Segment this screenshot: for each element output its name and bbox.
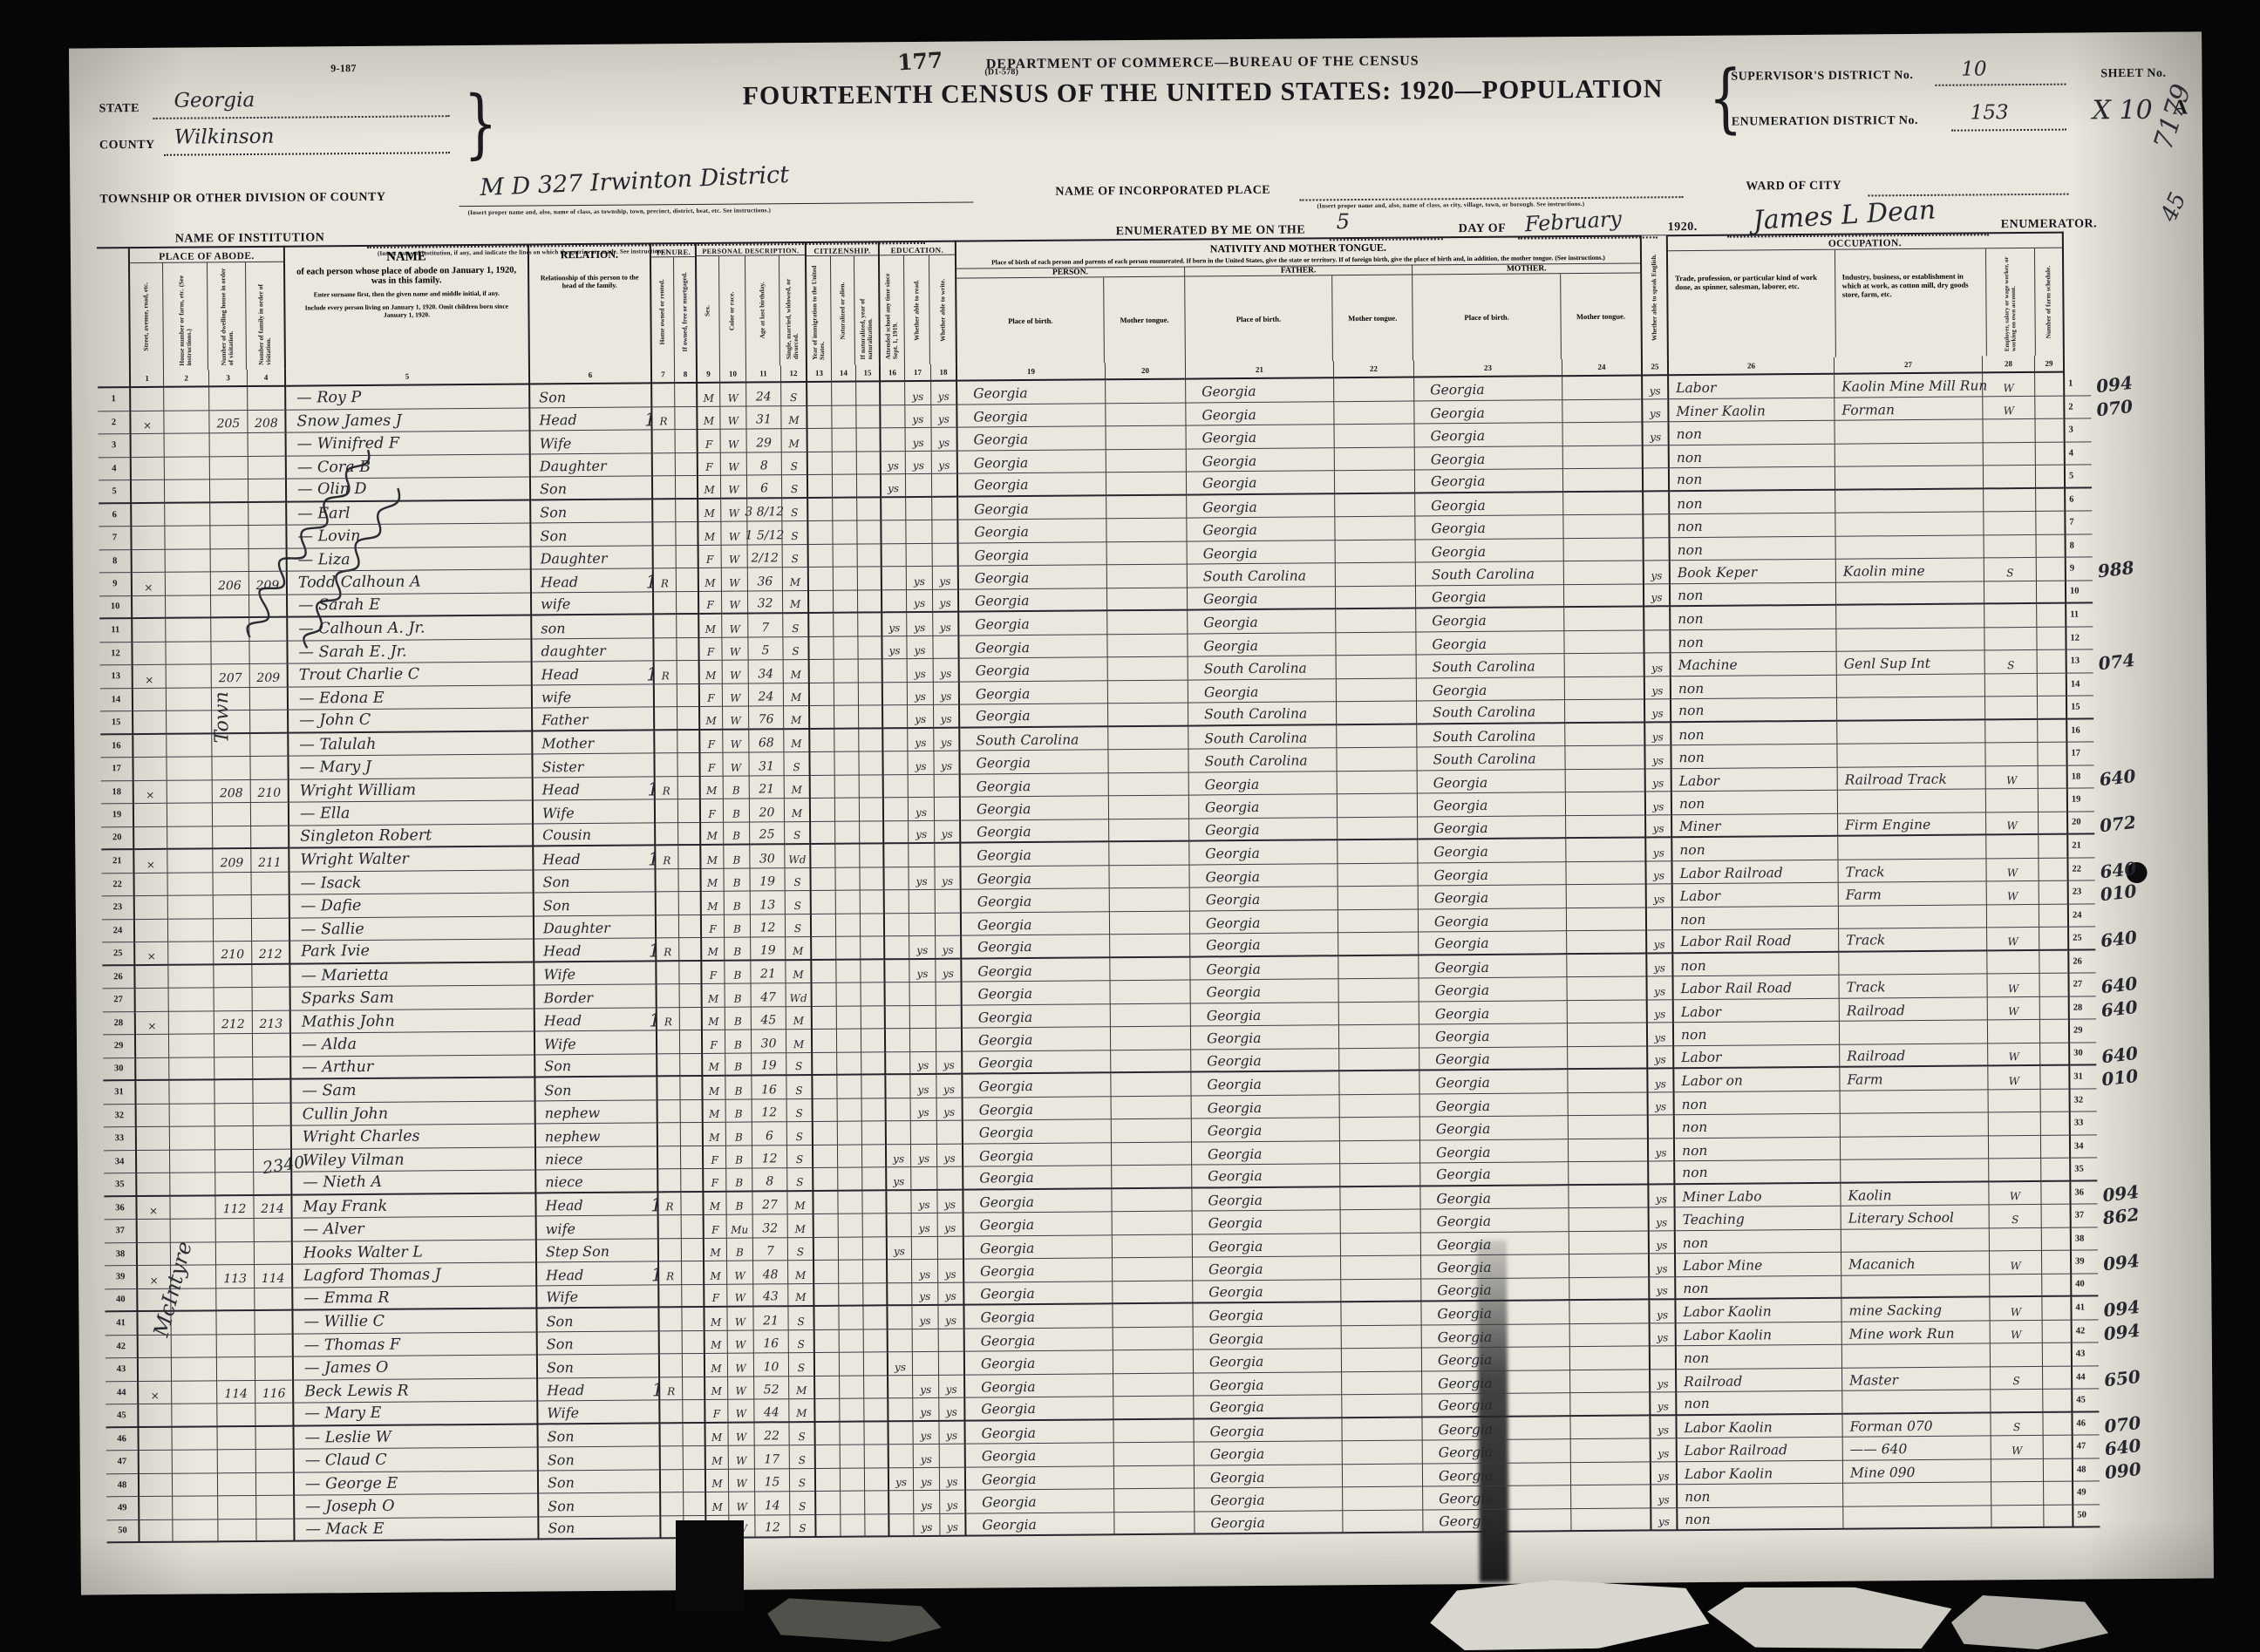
film-edge-left [0,0,77,1652]
cell-mk: × [137,1196,170,1220]
cell-own [661,1470,684,1493]
cell-c14 [834,706,859,730]
cell-c15 [861,1075,886,1098]
cell-fm8 [676,452,698,476]
cell-occ: non [1673,952,1839,976]
cell-mtm [1566,792,1646,815]
column-number: 7 [652,366,675,384]
cell-emp [1984,581,2037,604]
cell-dw [212,734,250,758]
cell-c14 [841,1468,865,1492]
cell-age: 19 [750,868,785,892]
cell-rn: 1 [2065,372,2091,396]
cell-dw [218,1496,256,1519]
cell-ind: Forman [1835,397,1983,421]
cell-occ: Teaching [1676,1207,1841,1231]
cell-pobf: Georgia [1195,1487,1343,1512]
cell-sex: F [702,914,725,938]
cell-writ [935,798,961,821]
cell-mt [1107,634,1188,657]
cell-ind [1841,1275,1990,1299]
cell-age: 32 [753,1214,788,1238]
cell-pob: Georgia [958,519,1106,543]
cell-mtf [1343,1440,1423,1464]
cell-mt [1108,750,1188,773]
cell-pobm: Georgia [1418,862,1566,887]
cell-occ: non [1675,1114,1841,1139]
cell-pobm: Georgia [1414,400,1562,425]
cell-emp [1989,1089,2041,1112]
cell-mk [136,989,169,1012]
cell-pobm: Georgia [1423,1439,1571,1464]
cell-ind [1835,443,1984,467]
cell-col: W [721,522,747,546]
cell-dw [214,1057,253,1081]
cell-mt [1111,981,1191,1004]
cell-mtm [1562,376,1643,399]
cell-writ: ys [936,936,962,960]
column-number: 19 [957,363,1106,381]
cell-dw [218,1450,256,1473]
cell-pob: Georgia [959,635,1107,659]
cell-ln: 12 [99,642,133,666]
cell-rel: Wife [538,1400,660,1424]
day-of-label: DAY OF [1459,222,1507,236]
cell-occ: Labor [1674,998,1840,1023]
cell-writ [936,890,962,914]
cell-pob: Georgia [964,1258,1113,1282]
cell-pobf: Georgia [1190,910,1338,935]
cell-emp: W [1986,858,2039,881]
cell-pob: Georgia [963,1027,1111,1051]
cell-c13 [810,752,834,776]
cell-occ: non [1676,1229,1841,1254]
cell-writ: ys [933,589,959,613]
cell-occ: Labor Kaolin [1677,1322,1842,1346]
cell-sex: M [699,615,722,638]
cell-mtf [1338,955,1419,979]
cell-mtf [1334,401,1414,425]
cell-rel: Son [535,1077,657,1101]
cell-occ: non [1671,582,1836,607]
cell-dw [216,1288,255,1312]
cell-mtm [1569,1231,1650,1254]
cell-mk [136,1035,169,1058]
cell-sex: M [701,822,724,846]
cell-sex: M [703,1007,725,1030]
cell-frm [2039,858,2068,881]
cell-c15 [857,498,882,521]
cell-name: Singleton Robert [289,824,534,849]
cell-writ: ys [936,1051,963,1075]
census-scan-page: { "header": { "form_no": "9-187", "stamp… [0,0,2260,1652]
cell-fm8 [678,822,701,846]
cell-mtm [1569,1254,1650,1277]
cell-sex: M [705,1261,727,1285]
cell-sch: ys [887,1167,911,1191]
cell-sch [889,1445,914,1468]
cell-read: ys [907,567,933,590]
cell-name: — Calhoun A. Jr. [288,615,532,641]
cell-mar: M [786,1030,813,1053]
cell-name: Wright Charles [292,1124,536,1149]
cell-frm [2043,1390,2073,1413]
cell-name: — Sarah E. Jr. [288,639,532,664]
cell-hn [167,688,212,711]
cell-c13 [808,521,833,545]
cell-fm8 [682,1308,705,1331]
cell-dw [216,1219,255,1242]
cell-mtf [1340,1140,1420,1164]
cell-fm8 [681,1169,704,1193]
cell-ind [1839,905,1987,929]
cell-sex: M [705,1238,727,1261]
cell-mk [137,1104,170,1127]
cell-c15 [865,1514,889,1538]
cell-c14 [837,983,861,1007]
cell-name: — Roy P [286,384,530,410]
cell-ind: Genl Sup Int [1837,650,1985,675]
cell-age: 27 [752,1192,787,1215]
cell-dw [210,479,248,503]
cell-rel: wife [532,592,654,616]
cell-mar: S [788,1237,814,1261]
cell-pobm: Georgia [1420,1093,1569,1118]
cell-c15 [861,890,885,914]
group-name: NAME of each person whose place of abode… [285,243,530,369]
cell-c15 [864,1352,888,1376]
cell-frm [2038,673,2067,697]
cell-hn [164,387,209,411]
cell-mar: M [785,775,811,799]
cell-own [658,1100,681,1124]
cell-frm [2040,1066,2070,1090]
cell-name: — Mary J [289,754,533,779]
cell-hn [166,618,211,642]
cell-rn: 41 [2072,1296,2098,1320]
cell-ind: Railroad [1840,997,1988,1022]
margin-scribble-top: 7179 [2148,81,2197,153]
cell-sch [888,1260,912,1283]
cell-fm [253,1034,291,1057]
cell-ind: Track [1839,928,1987,952]
cell-pob: Georgia [959,565,1107,589]
cell-dw [211,595,249,619]
cell-frm [2041,1089,2071,1112]
cell-ind [1843,1506,1991,1530]
cell-rel: daughter [532,638,654,663]
cell-c13 [813,1168,838,1192]
cell-mk [133,642,166,665]
cell-pobf: Georgia [1195,1441,1343,1465]
cell-rel: nephew [536,1123,658,1147]
cell-sch [882,567,907,590]
column-number: 20 [1106,363,1186,381]
cell-emp: W [1989,1181,2041,1205]
cell-hn [170,1126,215,1150]
cell-writ [936,982,963,1006]
cell-mtf [1342,1325,1422,1349]
cell-mar: M [784,729,810,752]
cell-mar: S [782,498,808,521]
cell-spk: ys [1650,1277,1676,1301]
cell-read: ys [908,705,934,729]
cell-sex: M [699,568,722,592]
cell-fm8 [677,591,699,615]
cell-rel: Son [539,1516,661,1540]
cell-ind: Railroad Track [1838,766,1986,791]
cell-sex: F [698,430,721,453]
cell-sch: ys [882,636,907,660]
cell-spk: ys [1651,1462,1678,1485]
cell-age: 8 [747,452,782,476]
cell-dw [212,688,250,711]
cell-c13 [815,1376,840,1399]
cell-writ [940,1445,966,1468]
cell-occ: Labor Railroad [1678,1438,1843,1462]
cell-mk: × [134,850,167,874]
cell-hn [166,549,211,573]
cell-sch [884,775,909,799]
cell-ln: 48 [106,1474,140,1498]
cell-c13 [815,1399,840,1423]
cell-c14 [836,937,861,961]
cell-ind [1838,789,1986,813]
cell-hn [172,1381,217,1404]
enumerated-month: February [1524,207,1623,237]
cell-ln: 25 [102,942,135,966]
cell-pob: Georgia [957,380,1106,405]
enumerator-signature: James L Dean [1753,194,1937,236]
cell-col: B [724,846,750,869]
cell-c13 [808,475,833,499]
cell-ind [1837,743,1985,767]
cell-sch [887,1191,911,1214]
cell-dw [209,387,248,411]
cell-hn [173,1450,218,1473]
cell-read: ys [910,1075,936,1098]
cell-pob: Georgia [962,958,1110,982]
cell-ind: Mine work Run [1842,1321,1991,1345]
cell-c13 [814,1307,839,1330]
cell-fm: 214 [254,1195,292,1219]
cell-own [656,823,678,846]
cell-emp [1989,1159,2041,1182]
cell-rn: 10 [2066,581,2093,604]
cell-fm [251,803,289,826]
cell-writ: ys [937,1190,963,1214]
cell-mt [1107,588,1188,611]
cell-rel: Head1 [533,661,655,685]
cell-sch: ys [887,1145,911,1168]
cell-ln: 9 [99,573,133,596]
cell-sch [882,590,907,614]
cell-rn: 43 [2073,1343,2099,1366]
cell-rel: Head1 [538,1377,660,1402]
cell-mar: S [789,1329,815,1353]
cell-c15 [859,659,883,683]
cell-c13 [807,383,832,406]
cell-writ: ys [934,682,960,705]
cell-fm [255,1357,294,1381]
cell-pobf: Georgia [1188,587,1336,611]
cell-mtf [1341,1209,1421,1233]
cell-c15 [864,1422,888,1445]
cell-sch: ys [888,1352,913,1376]
cell-c13 [811,821,835,845]
cell-read: ys [907,613,933,636]
cell-pob: Georgia [961,866,1109,890]
cell-mtf [1340,1163,1420,1186]
cell-name: Wiley Vilman [292,1147,536,1173]
cell-mtf [1335,425,1415,448]
column-number: 11 [746,365,781,383]
cell-col: W [722,545,748,568]
cell-mar: S [789,1353,815,1377]
cell-mtf [1335,517,1415,540]
cell-read [906,474,932,498]
cell-pobm: Georgia [1421,1232,1569,1256]
cell-frm [2044,1482,2073,1506]
cell-mar: S [790,1445,816,1469]
cell-dw [212,757,250,780]
cell-occ: Labor [1673,883,1839,908]
cell-sex: M [705,1377,728,1400]
cell-spk: ys [1646,792,1672,815]
cell-occ: non [1675,1091,1841,1115]
cell-name: Trout Charlie C [289,662,533,687]
cell-spk: ys [1643,422,1669,445]
cell-own [655,731,677,754]
cell-ln: 20 [101,827,134,851]
cell-mar: S [790,1492,816,1515]
cell-frm [2037,534,2066,558]
cell-rel: Cousin [534,823,656,847]
cell-name: — John C [289,708,533,733]
cell-emp: W [1988,996,2040,1020]
cell-sex: F [702,961,725,984]
cell-c13 [807,405,832,429]
cell-frm [2039,881,2069,905]
cell-age: 22 [754,1423,789,1446]
cell-writ [933,636,959,659]
cell-fm [255,1311,293,1335]
cell-mk [133,688,167,711]
cell-fm8 [677,753,700,777]
cell-mar: M [788,1214,814,1238]
cell-occ: non [1677,1345,1842,1370]
cell-col: B [724,799,750,823]
cell-frm [2038,650,2067,674]
cell-sch: ys [888,1237,912,1261]
gutter-margin [2090,231,2169,356]
cell-sch [885,936,909,960]
cell-pobf: Georgia [1191,1003,1339,1027]
cell-pobm: South Carolina [1417,700,1565,724]
cell-sex: M [700,661,723,684]
cell-c14 [833,452,857,475]
cell-frm [2044,1505,2073,1528]
cell-dw: 207 [212,664,250,688]
county-rule [164,152,450,156]
cell-mt [1106,519,1187,542]
cell-rel: Head1 [536,1193,658,1217]
cell-dw [214,1080,253,1104]
cell-mar: M [788,1261,814,1284]
cell-sex: F [699,637,722,661]
cell-dw [211,549,249,573]
cell-pobm: Georgia [1419,931,1567,955]
cell-rel: Wife [537,1285,659,1309]
cell-emp: W [1991,1320,2043,1343]
cell-sex: F [701,799,724,823]
cell-age: 5 [748,637,783,661]
cell-read: ys [906,428,932,452]
cell-c14 [838,1145,862,1168]
cell-mar: S [782,521,808,545]
margin-scribble-top2: 45 [2156,188,2192,226]
cell-rn: 26 [2069,950,2095,974]
cell-col: B [725,938,751,962]
cell-mt [1109,842,1189,866]
cell-spk: ys [1650,1231,1676,1254]
cell-name: — Lovin [287,523,531,548]
column-number: 1 [131,371,164,388]
cell-rn: 5 [2066,465,2092,488]
cell-pob: Georgia [962,912,1110,936]
cell-sex: F [700,753,723,777]
cell-pobm: Georgia [1420,1116,1569,1140]
cell-age: 36 [748,568,783,591]
cell-occ: Labor [1674,1044,1840,1069]
cell-frm [2039,835,2068,859]
cell-pobm: Georgia [1421,1208,1569,1233]
cell-c14 [841,1492,865,1515]
cell-age: 2/12 [748,545,783,568]
cell-writ: ys [932,451,958,474]
cell-ln: 17 [100,758,133,781]
cell-c14 [838,1191,862,1214]
cell-mk [134,804,167,827]
cell-c14 [839,1237,863,1261]
cell-sex: M [705,1308,727,1331]
cell-dw: 210 [214,942,252,965]
cell-name: Lagford Thomas J [293,1262,537,1288]
cell-mt [1111,1027,1191,1050]
cell-c13 [809,590,834,614]
cell-mt [1114,1512,1195,1535]
cell-read [909,913,936,936]
cell-fm8 [679,914,702,938]
cell-mtm [1566,815,1646,839]
cell-ln: 21 [101,850,134,874]
cell-sex: M [703,984,725,1008]
cell-fm [249,548,288,572]
cell-dw [217,1357,255,1381]
cell-pobm: Georgia [1418,792,1566,817]
cell-pobf: Georgia [1191,1049,1339,1073]
cell-writ: ys [931,382,957,405]
cell-pob: Georgia [960,704,1108,728]
cell-mk [139,1358,172,1382]
cell-rel: Son [538,1424,660,1448]
cell-c14 [834,544,858,568]
cell-age: 29 [747,429,782,452]
cell-c15 [858,544,882,568]
cell-ln: 3 [99,434,132,458]
cell-age: 14 [755,1492,790,1515]
cell-pobm: Georgia [1415,515,1563,540]
